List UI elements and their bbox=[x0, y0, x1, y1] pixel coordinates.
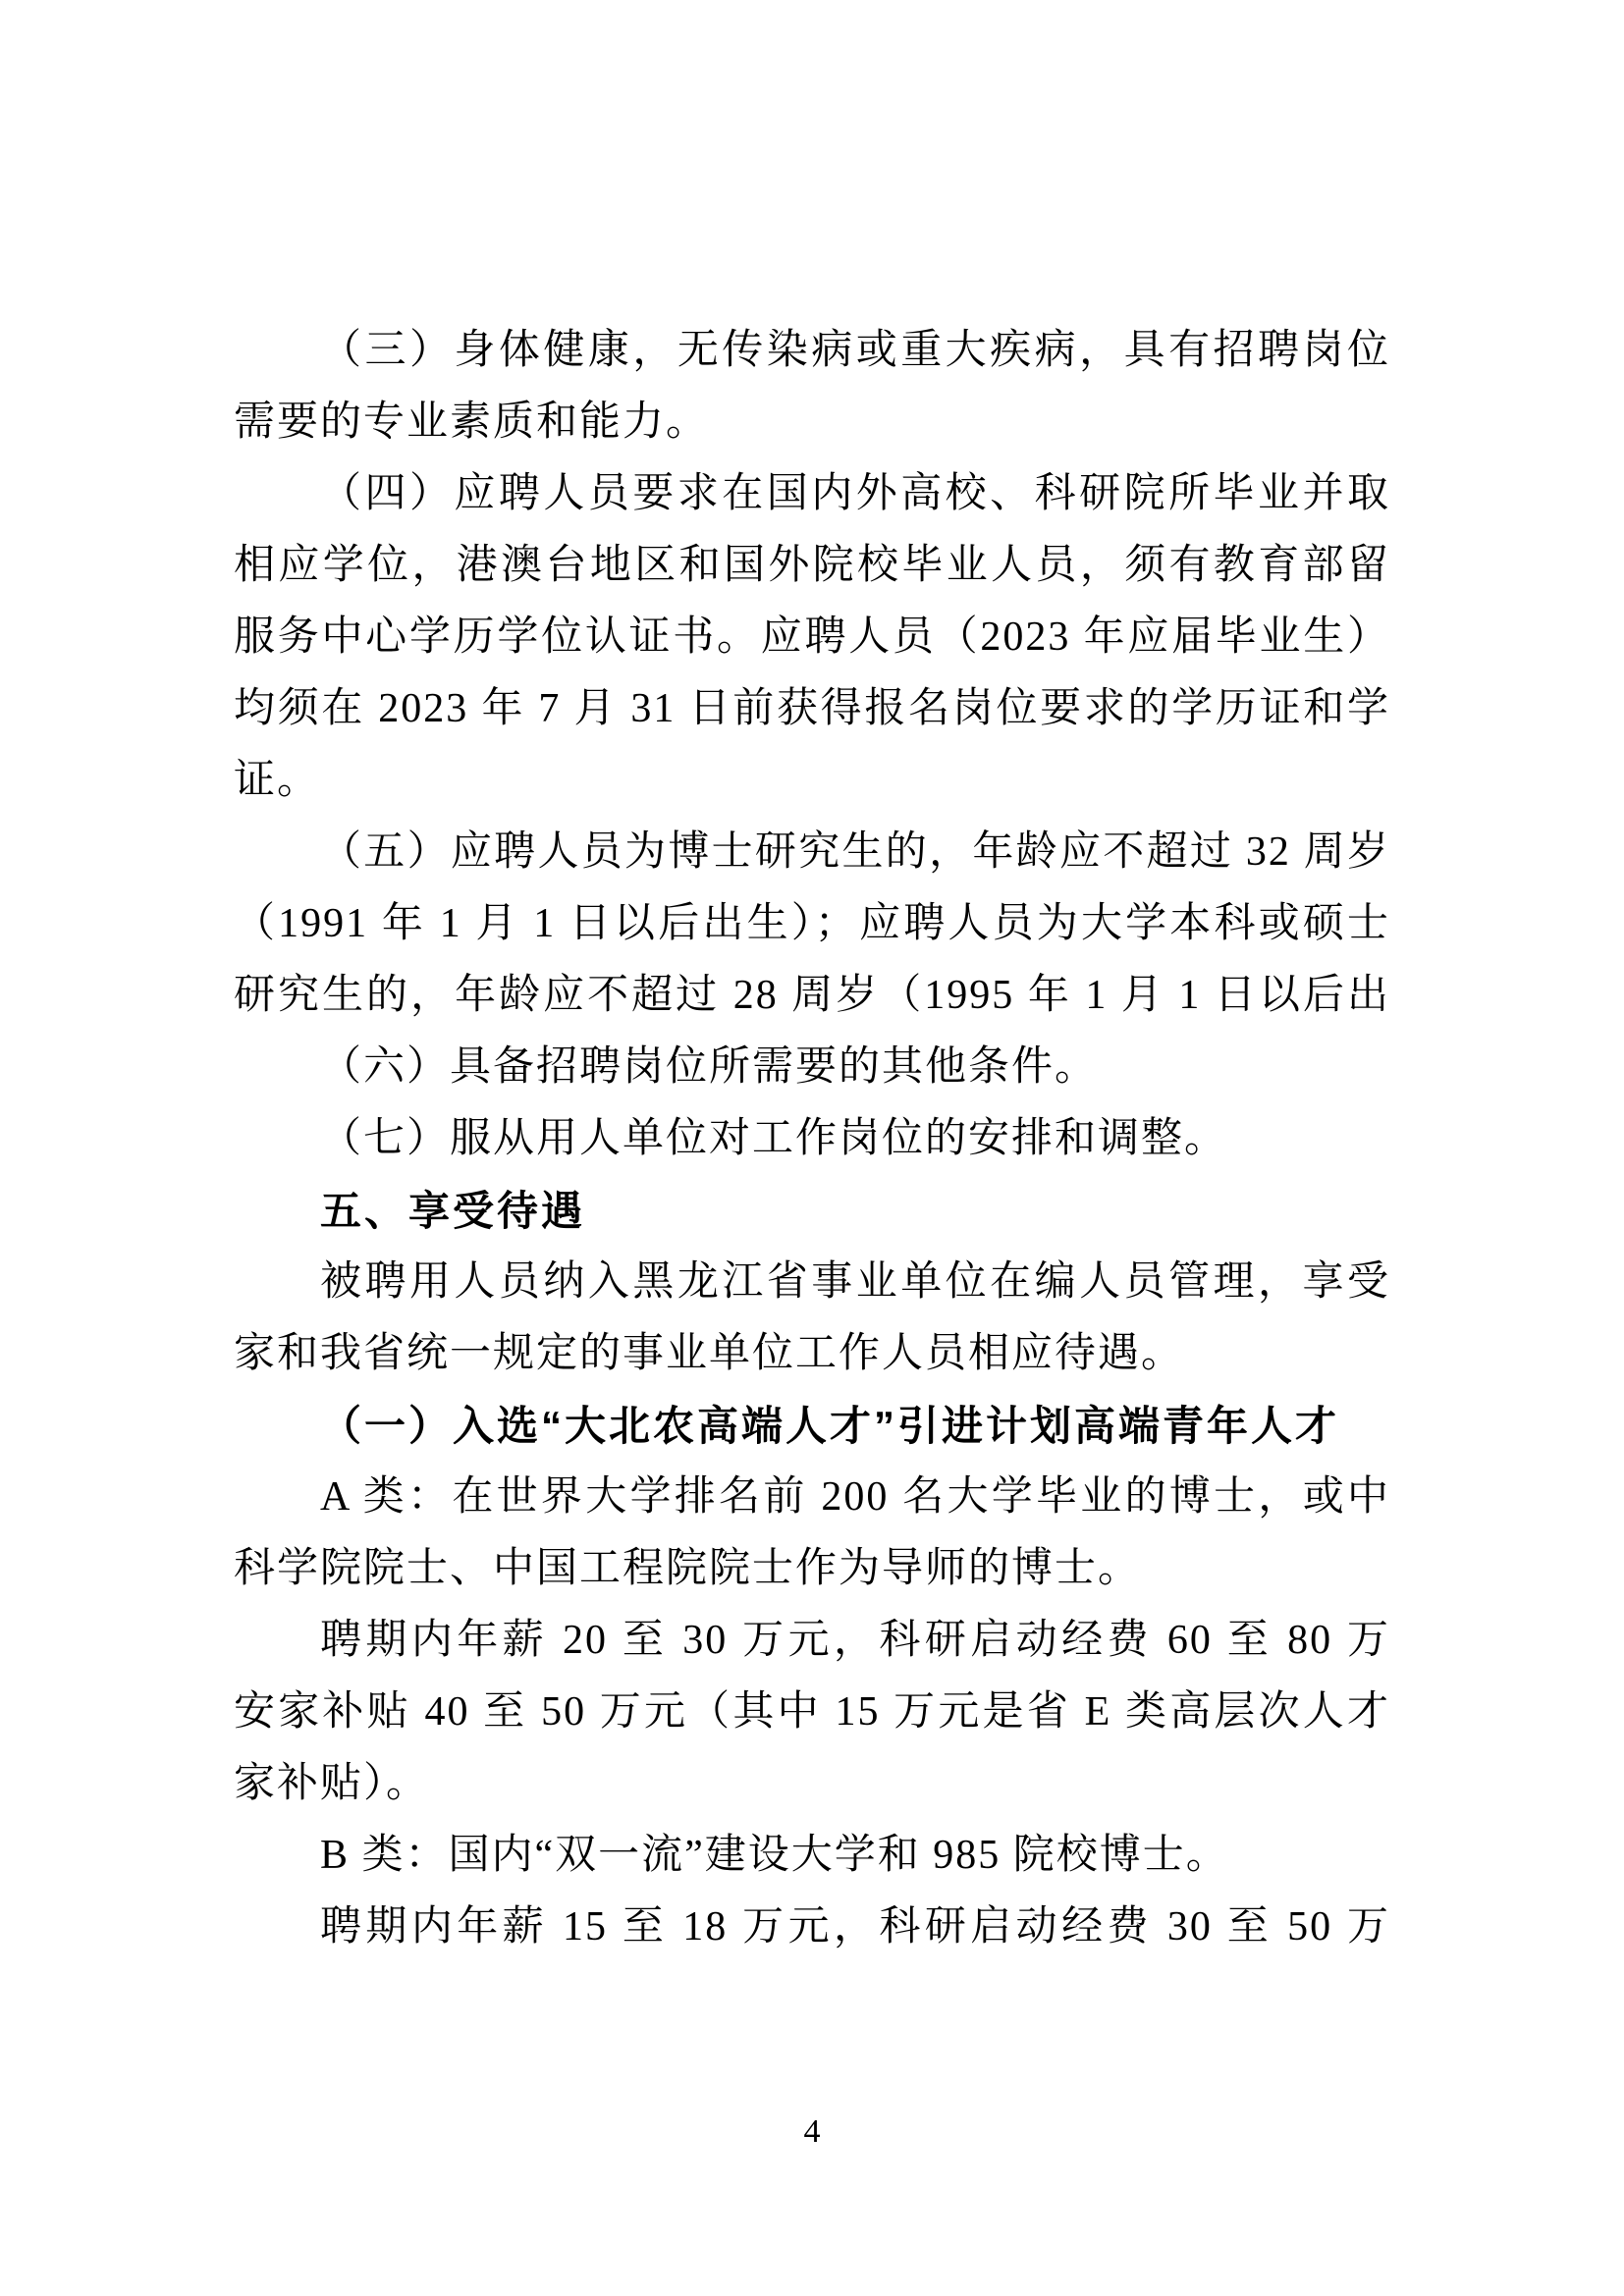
text-line: 服务中心学历学位认证书。应聘人员（2023 年应届毕业生） bbox=[234, 602, 1390, 673]
page-number: 4 bbox=[804, 2113, 821, 2150]
text-line: 家和我省统一规定的事业单位工作人员相应待遇。 bbox=[234, 1318, 1390, 1390]
text-line: （三）身体健康，无传染病或重大疾病，具有招聘岗位所 bbox=[234, 315, 1390, 387]
document-page: （三）身体健康，无传染病或重大疾病，具有招聘岗位所 需要的专业素质和能力。 （四… bbox=[0, 0, 1624, 2296]
text-line: 安家补贴 40 至 50 万元（其中 15 万元是省 E 类高层次人才安 bbox=[234, 1677, 1390, 1748]
text-line: （1991 年 1 月 1 日以后出生）；应聘人员为大学本科或硕士 bbox=[234, 888, 1390, 960]
text-line: 均须在 2023 年 7 月 31 日前获得报名岗位要求的学历证和学位 bbox=[234, 673, 1390, 745]
subsection-heading: （一）入选“大北农高端人才”引进计划高端青年人才 bbox=[234, 1390, 1390, 1462]
text-line: （七）服从用人单位对工作岗位的安排和调整。 bbox=[234, 1103, 1390, 1175]
text-line: 科学院院士、中国工程院院士作为导师的博士。 bbox=[234, 1533, 1390, 1605]
text-line: 需要的专业素质和能力。 bbox=[234, 387, 1390, 458]
text-line: A 类：在世界大学排名前 200 名大学毕业的博士，或中国 bbox=[234, 1462, 1390, 1533]
text-line: 被聘用人员纳入黑龙江省事业单位在编人员管理，享受国 bbox=[234, 1247, 1390, 1318]
text-line: （四）应聘人员要求在国内外高校、科研院所毕业并取得 bbox=[234, 458, 1390, 530]
text-line: B 类：国内“双一流”建设大学和 985 院校博士。 bbox=[234, 1820, 1390, 1892]
text-line: 聘期内年薪 15 至 18 万元，科研启动经费 30 至 50 万元， bbox=[234, 1892, 1390, 1963]
text-line: 证。 bbox=[234, 745, 1390, 817]
document-body: （三）身体健康，无传染病或重大疾病，具有招聘岗位所 需要的专业素质和能力。 （四… bbox=[234, 315, 1390, 1963]
text-line: 聘期内年薪 20 至 30 万元，科研启动经费 60 至 80 万元， bbox=[234, 1605, 1390, 1677]
page-footer: 4 bbox=[0, 2112, 1624, 2152]
text-line: 相应学位，港澳台地区和国外院校毕业人员，须有教育部留学 bbox=[234, 530, 1390, 602]
text-line: 家补贴）。 bbox=[234, 1748, 1390, 1820]
text-line: （五）应聘人员为博士研究生的，年龄应不超过 32 周岁 bbox=[234, 817, 1390, 888]
text-line: 研究生的，年龄应不超过 28 周岁（1995 年 1 月 1 日以后出生）。 bbox=[234, 960, 1390, 1032]
section-heading: 五、享受待遇 bbox=[234, 1175, 1390, 1247]
text-line: （六）具备招聘岗位所需要的其他条件。 bbox=[234, 1032, 1390, 1103]
